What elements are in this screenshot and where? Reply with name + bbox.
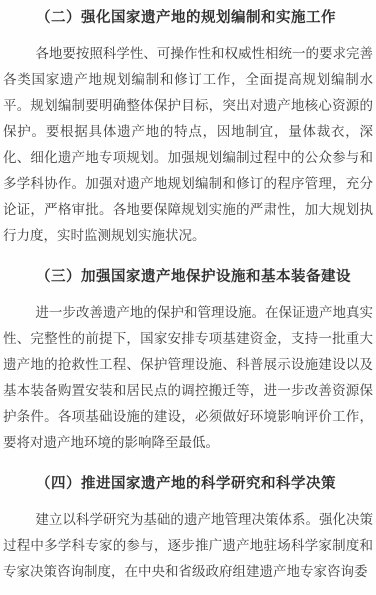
section-heading-4: （四）推进国家遗产地的科学研究和科学决策 (3, 474, 373, 494)
document-page: （二）强化国家遗产地的规划编制和实施工作 各地要按照科学性、可操作性和权威性相统… (0, 0, 376, 595)
section-3-paragraph: 进一步改善遗产地的保护和管理设施。在保证遗产地真实性、完整性的前提下，国家安排专… (3, 300, 373, 456)
section-4-paragraph: 建立以科学研究为基础的遗产地管理决策体系。强化决策过程中多学科专家的参与，逐步推… (3, 507, 373, 585)
section-heading-3: （三）加强国家遗产地保护设施和基本装备建设 (3, 267, 373, 287)
section-heading-2: （二）强化国家遗产地的规划编制和实施工作 (3, 8, 373, 28)
section-2-paragraph: 各地要按照科学性、可操作性和权威性相统一的要求完善各类国家遗产地规划编制和修订工… (3, 41, 373, 249)
